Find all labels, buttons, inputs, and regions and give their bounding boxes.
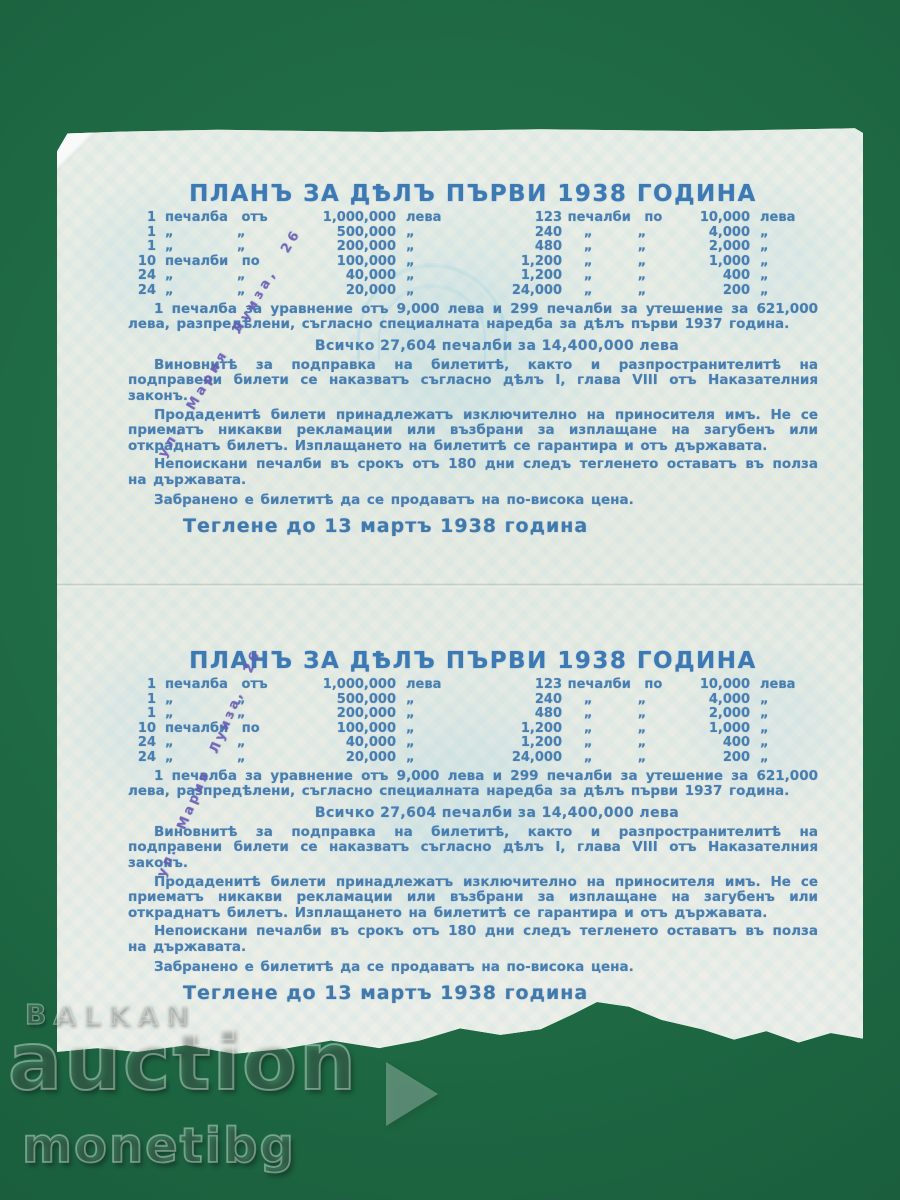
prize-amount: 10,000	[668, 211, 750, 226]
prize-label: печалба отъ	[156, 211, 304, 226]
prize-amount: 500,000	[304, 693, 396, 708]
prize-currency: „	[396, 240, 442, 255]
prize-currency: „	[396, 269, 442, 284]
prize-count: 1	[128, 240, 156, 255]
prize-currency: „	[750, 736, 792, 751]
prize-amount: 200,000	[304, 240, 396, 255]
prize-currency: „	[396, 255, 442, 270]
prize-count: 1	[128, 707, 156, 722]
prize-amount: 2,000	[668, 240, 750, 255]
prize-currency: „	[750, 693, 792, 708]
prize-label: печалба отъ	[156, 678, 304, 693]
prize-label: „ „	[562, 736, 668, 751]
lottery-ticket-paper: ПЛАНЪ ЗА ДѢЛЪ ПЪРВИ 1938 ГОДИНА 1печалба…	[57, 125, 863, 1065]
prize-count: 1,200	[492, 255, 562, 270]
prize-count: 240	[492, 693, 562, 708]
prize-count: 1	[128, 211, 156, 226]
prize-amount: 2,000	[668, 707, 750, 722]
ownership-paragraph: Продаденитѣ билети принадлежатъ изключит…	[128, 875, 818, 922]
prize-count: 123	[492, 211, 562, 226]
prize-currency: „	[396, 284, 442, 299]
fold-crease	[57, 583, 863, 587]
prize-label: „ „	[562, 255, 668, 270]
lottery-plan-section-upper: ПЛАНЪ ЗА ДѢЛЪ ПЪРВИ 1938 ГОДИНА 1печалба…	[128, 181, 818, 537]
prize-label: „ „	[562, 269, 668, 284]
prize-currency: „	[396, 722, 442, 737]
prize-count: 24	[128, 284, 156, 299]
prize-amount: 100,000	[304, 255, 396, 270]
prize-amount: 10,000	[668, 678, 750, 693]
prize-label: „ „	[562, 284, 668, 299]
prize-amount: 40,000	[304, 269, 396, 284]
prize-amount: 1,000,000	[304, 678, 396, 693]
prize-currency: „	[396, 707, 442, 722]
prize-amount: 20,000	[304, 751, 396, 766]
prize-currency: „	[396, 736, 442, 751]
prize-count: 24	[128, 751, 156, 766]
unclaimed-paragraph: Непоискани печалби въ срокъ отъ 180 дни …	[128, 924, 818, 955]
prize-count: 24,000	[492, 284, 562, 299]
prize-count: 1,200	[492, 269, 562, 284]
drawing-date-line: Теглене до 13 мартъ 1938 година	[183, 982, 818, 1004]
prize-currency: лева	[396, 678, 442, 693]
prize-amount: 4,000	[668, 693, 750, 708]
prize-label: „ „	[562, 226, 668, 241]
prize-currency: „	[750, 751, 792, 766]
prize-count: 10	[128, 255, 156, 270]
prize-currency: лева	[396, 211, 442, 226]
prize-label: „ „	[562, 240, 668, 255]
prize-amount: 1,000	[668, 255, 750, 270]
play-triangle-icon	[386, 1062, 438, 1126]
ownership-paragraph: Продаденитѣ билети принадлежатъ изключит…	[128, 408, 818, 455]
prize-label: печалби по	[562, 678, 668, 693]
prize-amount: 200	[668, 751, 750, 766]
prize-row: 1„ „500,000„240„ „4,000„	[128, 226, 818, 241]
prize-count: 480	[492, 240, 562, 255]
prize-amount: 40,000	[304, 736, 396, 751]
forgery-paragraph: Виновнитѣ за подправка на билетитѣ, какт…	[128, 358, 818, 405]
prize-amount: 200	[668, 284, 750, 299]
prize-currency: „	[396, 751, 442, 766]
prize-row: 24„ „20,000„24,000„ „200„	[128, 751, 818, 766]
prize-currency: „	[750, 707, 792, 722]
prize-currency: лева	[750, 211, 792, 226]
equalization-paragraph: 1 печалба за уравнение отъ 9,000 лева и …	[128, 769, 818, 800]
prize-amount: 200,000	[304, 707, 396, 722]
prize-label: „ „	[562, 722, 668, 737]
resale-paragraph: Забранено е билетитѣ да се продаватъ на …	[128, 493, 818, 509]
prize-currency: лева	[750, 678, 792, 693]
prize-count: 24	[128, 269, 156, 284]
prize-row: 24„ „40,000„1,200„ „400„	[128, 269, 818, 284]
resale-paragraph: Забранено е билетитѣ да се продаватъ на …	[128, 960, 818, 976]
prize-amount: 100,000	[304, 722, 396, 737]
prize-currency: „	[750, 240, 792, 255]
prize-currency: „	[396, 693, 442, 708]
prize-count: 24,000	[492, 751, 562, 766]
prize-count: 1	[128, 678, 156, 693]
unclaimed-paragraph: Непоискани печалби въ срокъ отъ 180 дни …	[128, 457, 818, 488]
prize-amount: 400	[668, 269, 750, 284]
prize-count: 1	[128, 226, 156, 241]
prize-row: 1„ „200,000„480„ „2,000„	[128, 240, 818, 255]
prize-label: „ „	[156, 226, 304, 241]
prize-amount: 20,000	[304, 284, 396, 299]
plan-title: ПЛАНЪ ЗА ДѢЛЪ ПЪРВИ 1938 ГОДИНА	[128, 648, 818, 674]
prize-count: 1,200	[492, 722, 562, 737]
prize-currency: „	[396, 226, 442, 241]
paper-corner-fold	[57, 125, 103, 169]
prize-count: 24	[128, 736, 156, 751]
prize-row: 24„ „40,000„1,200„ „400„	[128, 736, 818, 751]
prize-amount: 1,000,000	[304, 211, 396, 226]
prize-table: 1печалба отъ1,000,000лева123печалби по10…	[128, 211, 818, 299]
prize-currency: „	[750, 226, 792, 241]
prize-label: „ „	[156, 751, 304, 766]
prize-currency: „	[750, 284, 792, 299]
plan-title: ПЛАНЪ ЗА ДѢЛЪ ПЪРВИ 1938 ГОДИНА	[128, 181, 818, 207]
prize-label: „ „	[156, 736, 304, 751]
prize-count: 1	[128, 693, 156, 708]
watermark-monetibg: monetibg	[22, 1118, 296, 1174]
prize-amount: 4,000	[668, 226, 750, 241]
prize-row: 10печалби по100,000„1,200„ „1,000„	[128, 255, 818, 270]
prize-label: „ „	[156, 284, 304, 299]
prize-currency: „	[750, 722, 792, 737]
prize-label: „ „	[562, 693, 668, 708]
prize-amount: 1,000	[668, 722, 750, 737]
prize-count: 1,200	[492, 736, 562, 751]
prize-count: 10	[128, 722, 156, 737]
prize-amount: 400	[668, 736, 750, 751]
prize-row: 1печалба отъ1,000,000лева123печалби по10…	[128, 211, 818, 226]
prize-amount: 500,000	[304, 226, 396, 241]
prize-count: 480	[492, 707, 562, 722]
prize-label: „ „	[562, 707, 668, 722]
prize-label: печалби по	[562, 211, 668, 226]
prize-currency: „	[750, 255, 792, 270]
prize-label: „ „	[562, 751, 668, 766]
drawing-date-line: Теглене до 13 мартъ 1938 година	[183, 515, 818, 537]
total-prizes-line: Всичко 27,604 печалби за 14,400,000 лева	[128, 805, 818, 821]
prize-row: 24„ „20,000„24,000„ „200„	[128, 284, 818, 299]
prize-currency: „	[750, 269, 792, 284]
forgery-paragraph: Виновнитѣ за подправка на билетитѣ, какт…	[128, 825, 818, 872]
prize-count: 123	[492, 678, 562, 693]
prize-count: 240	[492, 226, 562, 241]
